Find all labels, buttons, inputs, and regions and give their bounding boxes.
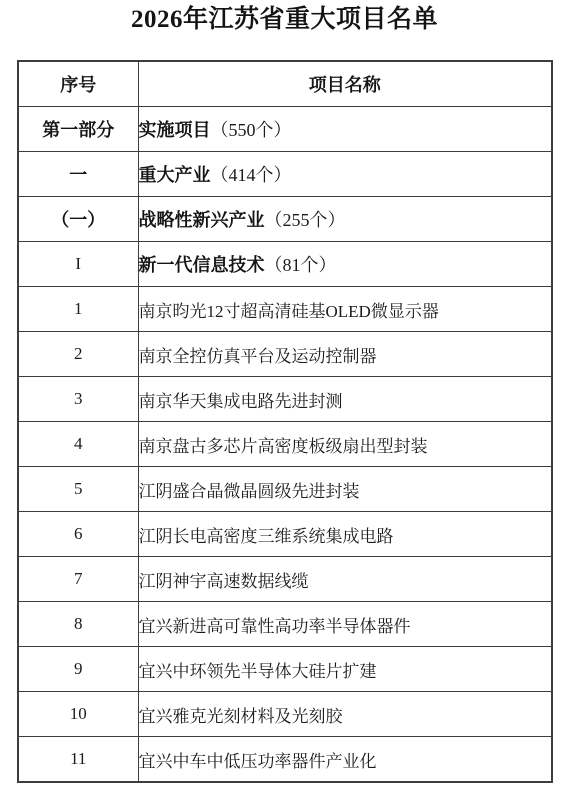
project-name-text: 战略性新兴产业 xyxy=(139,210,265,230)
serial-cell: 1 xyxy=(18,287,138,332)
project-name-text: 江阴盛合晶微晶圆级先进封装 xyxy=(139,482,360,501)
project-name-cell: 战略性新兴产业（255个） xyxy=(138,197,552,242)
project-name-cell: 新一代信息技术（81个） xyxy=(138,242,552,287)
project-name-text: 南京昀光12寸超高清硅基OLED微显示器 xyxy=(139,302,439,321)
table-row: 4南京盘古多芯片高密度板级扇出型封装 xyxy=(18,422,552,467)
project-count-text: （414个） xyxy=(211,165,292,185)
table-row: 一重大产业（414个） xyxy=(18,152,552,197)
project-name-cell: 南京全控仿真平台及运动控制器 xyxy=(138,332,552,377)
projects-table: 序号 项目名称 第一部分实施项目（550个）一重大产业（414个）（一）战略性新… xyxy=(17,60,553,783)
serial-cell: 3 xyxy=(18,377,138,422)
serial-cell: 4 xyxy=(18,422,138,467)
project-name-cell: 宜兴雅克光刻材料及光刻胶 xyxy=(138,692,552,737)
project-name-cell: 江阴长电高密度三维系统集成电路 xyxy=(138,512,552,557)
document-page: 2026年江苏省重大项目名单 序号 项目名称 第一部分实施项目（550个）一重大… xyxy=(0,0,569,800)
serial-cell: 9 xyxy=(18,647,138,692)
project-name-cell: 江阴盛合晶微晶圆级先进封装 xyxy=(138,467,552,512)
table-body: 第一部分实施项目（550个）一重大产业（414个）（一）战略性新兴产业（255个… xyxy=(18,107,552,783)
project-name-cell: 重大产业（414个） xyxy=(138,152,552,197)
table-row: I新一代信息技术（81个） xyxy=(18,242,552,287)
table-header-row: 序号 项目名称 xyxy=(18,61,552,107)
serial-cell: 2 xyxy=(18,332,138,377)
project-name-cell: 江阴神宇高速数据线缆 xyxy=(138,557,552,602)
project-count-text: （255个） xyxy=(265,210,346,230)
project-name-text: 宜兴新进高可靠性高功率半导体器件 xyxy=(139,617,411,636)
project-name-cell: 南京昀光12寸超高清硅基OLED微显示器 xyxy=(138,287,552,332)
project-name-text: 宜兴中车中低压功率器件产业化 xyxy=(139,752,377,771)
table-row: 1南京昀光12寸超高清硅基OLED微显示器 xyxy=(18,287,552,332)
table-row: 2南京全控仿真平台及运动控制器 xyxy=(18,332,552,377)
table-row: （一）战略性新兴产业（255个） xyxy=(18,197,552,242)
header-serial-number: 序号 xyxy=(18,61,138,107)
serial-cell: 一 xyxy=(18,152,138,197)
table-row: 9宜兴中环领先半导体大硅片扩建 xyxy=(18,647,552,692)
table-row: 3南京华天集成电路先进封测 xyxy=(18,377,552,422)
serial-cell: （一） xyxy=(18,197,138,242)
project-name-text: 南京华天集成电路先进封测 xyxy=(139,392,343,411)
project-name-cell: 实施项目（550个） xyxy=(138,107,552,152)
serial-cell: 8 xyxy=(18,602,138,647)
table-row: 7江阴神宇高速数据线缆 xyxy=(18,557,552,602)
table-row: 5江阴盛合晶微晶圆级先进封装 xyxy=(18,467,552,512)
table-row: 8宜兴新进高可靠性高功率半导体器件 xyxy=(18,602,552,647)
project-name-cell: 宜兴新进高可靠性高功率半导体器件 xyxy=(138,602,552,647)
serial-cell: 10 xyxy=(18,692,138,737)
header-project-name: 项目名称 xyxy=(138,61,552,107)
table-row: 11宜兴中车中低压功率器件产业化 xyxy=(18,737,552,783)
project-name-text: 江阴神宇高速数据线缆 xyxy=(139,572,309,591)
project-name-text: 江阴长电高密度三维系统集成电路 xyxy=(139,527,394,546)
serial-cell: 5 xyxy=(18,467,138,512)
page-title: 2026年江苏省重大项目名单 xyxy=(0,0,569,35)
project-name-cell: 南京华天集成电路先进封测 xyxy=(138,377,552,422)
project-name-text: 宜兴雅克光刻材料及光刻胶 xyxy=(139,707,343,726)
table-row: 10宜兴雅克光刻材料及光刻胶 xyxy=(18,692,552,737)
project-name-text: 实施项目 xyxy=(139,120,211,140)
project-name-text: 新一代信息技术 xyxy=(139,255,265,275)
serial-cell: 7 xyxy=(18,557,138,602)
project-name-cell: 宜兴中车中低压功率器件产业化 xyxy=(138,737,552,783)
project-name-cell: 宜兴中环领先半导体大硅片扩建 xyxy=(138,647,552,692)
project-name-text: 南京全控仿真平台及运动控制器 xyxy=(139,347,377,366)
table-row: 第一部分实施项目（550个） xyxy=(18,107,552,152)
table-row: 6江阴长电高密度三维系统集成电路 xyxy=(18,512,552,557)
project-name-text: 宜兴中环领先半导体大硅片扩建 xyxy=(139,662,377,681)
serial-cell: 6 xyxy=(18,512,138,557)
serial-cell: 第一部分 xyxy=(18,107,138,152)
project-name-text: 重大产业 xyxy=(139,165,211,185)
serial-cell: I xyxy=(18,242,138,287)
project-name-text: 南京盘古多芯片高密度板级扇出型封装 xyxy=(139,437,428,456)
project-count-text: （550个） xyxy=(211,120,292,140)
project-name-cell: 南京盘古多芯片高密度板级扇出型封装 xyxy=(138,422,552,467)
project-count-text: （81个） xyxy=(265,255,337,275)
serial-cell: 11 xyxy=(18,737,138,783)
